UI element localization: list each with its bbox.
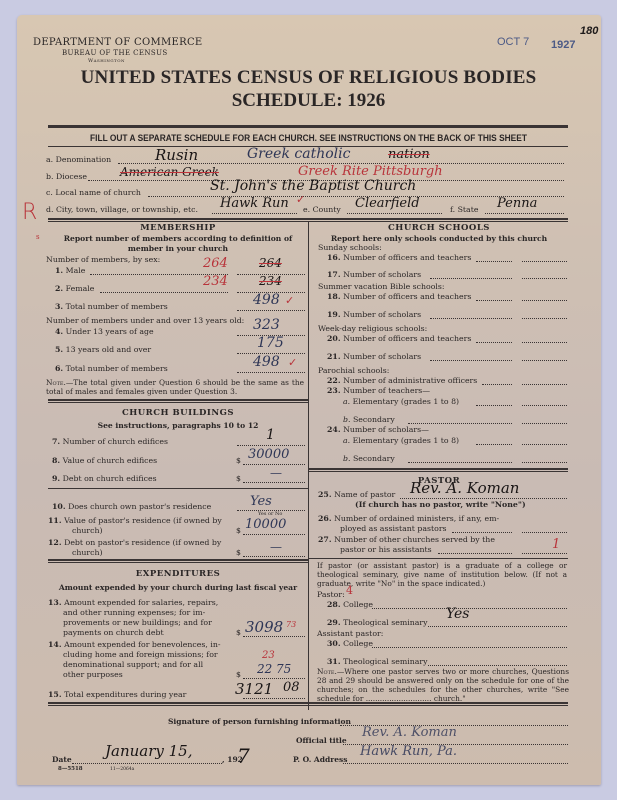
denomination-value-2: Greek catholic: [247, 146, 350, 162]
city-field[interactable]: [212, 213, 297, 214]
leader-dots: [452, 532, 512, 533]
q24a-field-b[interactable]: [522, 444, 567, 445]
total-expenditures-cents: 08: [283, 680, 300, 695]
received-stamp-year: 1927: [551, 39, 575, 51]
section-rule: [308, 558, 568, 559]
edifices-debt-field[interactable]: [243, 482, 305, 483]
by-age-label: Number of members under and over 13 year…: [46, 316, 244, 325]
q23a-field-a[interactable]: [476, 405, 512, 406]
building-row-11: 11. Value of pastor's residence (if owne…: [48, 516, 222, 525]
expenditures-heading: EXPENDITURES: [48, 569, 308, 579]
school-row-23: 23. Number of teachers—: [327, 386, 430, 395]
expenditure-row-15: 15. Total expenditures during year: [48, 690, 186, 699]
row-11-continuation: church): [72, 526, 103, 535]
q16-field-b[interactable]: [522, 261, 567, 262]
pastor-name-value: Rev. A. Koman: [410, 479, 519, 497]
official-title-value: Rev. A. Koman: [362, 725, 457, 740]
edifices-count-field[interactable]: [237, 445, 305, 446]
county-value: Clearfield: [355, 196, 420, 211]
margin-mark-small: s: [36, 233, 40, 241]
school-row-24a: a. Elementary (grades 1 to 8): [343, 436, 459, 445]
pastor-seminary-value: Yes: [446, 606, 470, 622]
city-value: Hawk Run: [220, 196, 289, 211]
header-rule: [48, 125, 568, 128]
q24b-field-a[interactable]: [408, 462, 512, 463]
row-27-continuation: pastor or his assistants: [340, 545, 432, 554]
q20-field-b[interactable]: [522, 342, 567, 343]
q24b-field-b[interactable]: [522, 462, 567, 463]
pastor-row-26: 26. Number of ordained ministers, if any…: [318, 514, 499, 523]
assistant-pastor-label: Assistant pastor:: [317, 629, 383, 638]
school-row-16: 16. Number of officers and teachers: [327, 253, 471, 262]
member-row-4: 4. Under 13 years of age: [55, 327, 154, 336]
po-address-field[interactable]: [343, 763, 568, 764]
checkmark-icon: ✓: [285, 294, 294, 307]
section-rule: [48, 399, 308, 403]
pastor-row-30: 30. College: [327, 639, 373, 648]
local-name-value: St. John's the Baptist Church: [210, 178, 416, 194]
diocese-struck-value: American Greek: [120, 165, 219, 179]
benevolences-value: 22: [257, 662, 272, 676]
total-expenditures-value: 3121: [235, 680, 273, 698]
school-row-19: 19. Number of scholars: [327, 310, 421, 319]
po-address-value: Hawk Run, Pa.: [360, 744, 457, 759]
section-rule: [48, 559, 308, 563]
print-code: 11—2064a: [110, 767, 134, 772]
edifices-debt-value: —: [270, 466, 282, 480]
q24a-field-a[interactable]: [476, 444, 512, 445]
school-row-21: 21. Number of scholars: [327, 352, 421, 361]
female-count-struck: 234: [259, 274, 282, 288]
po-address-label: P. O. Address: [293, 755, 347, 764]
margin-mark: R: [22, 200, 37, 225]
row-12-continuation: church): [72, 548, 103, 557]
diocese-label: b. Diocese: [46, 172, 87, 181]
dollar-sign: $: [236, 670, 241, 679]
graduate-note: If pastor (or assistant pastor) is a gra…: [317, 561, 567, 588]
running-expenses-cents: 73: [286, 620, 296, 629]
q23a-field-b[interactable]: [522, 405, 567, 406]
city-label: d. City, town, village, or township, etc…: [46, 205, 198, 214]
official-title-label: Official title: [296, 736, 347, 745]
residence-value-field[interactable]: [243, 534, 305, 535]
file-number: 180: [580, 25, 598, 37]
building-row-8: 8. Value of church edifices: [52, 456, 157, 465]
building-row-12: 12. Debt on pastor's residence (if owned…: [48, 538, 221, 547]
location-label: Washington: [88, 58, 125, 64]
denomination-struck-value: nation: [388, 147, 430, 162]
assistant-pastors-field[interactable]: [522, 532, 567, 533]
q19-field-b[interactable]: [522, 318, 567, 319]
sunday-schools-label: Sunday schools:: [318, 243, 382, 252]
date-value: January 15,: [105, 742, 193, 760]
q22-field-a[interactable]: [482, 384, 512, 385]
pastor-row-27: 27. Number of other churches served by t…: [318, 535, 495, 544]
pastor-college-field[interactable]: [372, 608, 567, 609]
form-number: 8—5518: [58, 766, 83, 772]
church-buildings-heading: CHURCH BUILDINGS: [48, 408, 308, 418]
weekday-schools-label: Week-day religious schools:: [318, 324, 427, 333]
diocese-value: Greek Rite Pittsburgh: [298, 164, 443, 179]
total-members-age-value: 498: [253, 354, 280, 370]
leader-dots: [100, 292, 228, 293]
county-label: e. County: [303, 205, 341, 214]
edifices-count-value: 1: [266, 427, 275, 443]
benevolences-cents: 75: [276, 662, 291, 676]
q21-field-b[interactable]: [522, 360, 567, 361]
q18-field-b[interactable]: [522, 300, 567, 301]
q17-field-a[interactable]: [430, 278, 512, 279]
running-expenses-value: 3098: [245, 618, 283, 636]
by-sex-label: Number of members, by sex:: [46, 255, 160, 264]
q21-field-a[interactable]: [430, 360, 512, 361]
q23b-field-b[interactable]: [522, 423, 567, 424]
parochial-schools-label: Parochial schools:: [318, 366, 389, 375]
received-stamp-date: OCT 7: [497, 36, 529, 48]
residence-debt-field[interactable]: [243, 556, 305, 557]
form-title: UNITED STATES CENSUS OF RELIGIOUS BODIES: [0, 67, 617, 89]
expenditures-subheading: Amount expended by your church during la…: [48, 583, 308, 593]
membership-heading: MEMBERSHIP: [48, 223, 308, 233]
state-label: f. State: [450, 205, 478, 214]
residence-debt-value: —: [270, 540, 282, 554]
school-row-18: 18. Number of officers and teachers: [327, 292, 471, 301]
member-row-3: 3. Total number of members: [55, 302, 168, 311]
member-row-2: 2. Female: [55, 284, 94, 293]
member-row-6: 6. Total number of members: [55, 364, 168, 373]
school-row-17: 17. Number of scholars: [327, 270, 421, 279]
summer-schools-label: Summer vacation Bible schools:: [318, 282, 445, 291]
expenditure-row-14: 14. Amount expended for benevolences, in…: [48, 640, 221, 680]
school-row-23a: a. Elementary (grades 1 to 8): [343, 397, 459, 406]
other-churches-field[interactable]: [522, 553, 567, 554]
date-field[interactable]: [72, 763, 222, 764]
school-row-20: 20. Number of officers and teachers: [327, 334, 471, 343]
state-value: Penna: [497, 196, 537, 211]
leader-dots: [438, 553, 512, 554]
signature-label: Signature of person furnishing informati…: [168, 717, 351, 726]
dollar-sign: $: [236, 628, 241, 637]
q23b-field-a[interactable]: [408, 423, 512, 424]
expenditure-row-13: 13. Amount expended for salaries, repair…: [48, 598, 218, 638]
under-13-value: 323: [253, 317, 280, 333]
assistant-college-field[interactable]: [372, 647, 567, 648]
benevolences-correction: 23: [262, 650, 275, 661]
over-13-value: 175: [257, 335, 284, 351]
dollar-sign: $: [236, 474, 241, 483]
denomination-label: a. Denomination: [46, 155, 111, 164]
county-field[interactable]: [347, 213, 442, 214]
membership-subheading: Report number of members according to de…: [48, 234, 308, 254]
building-row-9: 9. Debt on church edifices: [52, 474, 157, 483]
denomination-value: Rusin: [155, 146, 198, 164]
date-year-suffix: 7: [237, 744, 250, 768]
pastor-row-29: 29. Theological seminary: [327, 618, 428, 627]
edifices-value-field[interactable]: [243, 464, 305, 465]
pastor-label: Pastor:: [317, 590, 345, 599]
total-members-field[interactable]: [237, 310, 305, 311]
state-field[interactable]: [485, 213, 564, 214]
dollar-sign: $: [236, 548, 241, 557]
school-row-23b: b. Secondary: [343, 415, 395, 424]
pastor-row-31: 31. Theological seminary: [327, 657, 428, 666]
total-members-age-field[interactable]: [237, 372, 305, 373]
member-row-1: 1. Male: [55, 266, 85, 275]
q19-field-a[interactable]: [430, 318, 512, 319]
checkmark-icon: ✓: [288, 356, 297, 369]
male-count-struck: 264: [259, 256, 282, 270]
q16-field-a[interactable]: [476, 261, 512, 262]
total-expenditures-field[interactable]: [243, 698, 305, 699]
school-row-24: 24. Number of scholars—: [327, 425, 429, 434]
benevolences-field[interactable]: [243, 678, 305, 679]
residence-value: 10000: [245, 517, 286, 532]
row-26-continuation: ployed as assistant pastors: [340, 524, 447, 533]
female-count-value: 234: [203, 274, 228, 289]
dollar-sign: $: [236, 456, 241, 465]
section-rule: [48, 702, 568, 706]
form-instruction: FILL OUT A SEPARATE SCHEDULE FOR EACH CH…: [37, 133, 580, 144]
pastor-row-28: 28. College: [327, 600, 373, 609]
date-label: Date: [52, 755, 72, 764]
other-churches-value: 1: [552, 537, 560, 552]
section-rule: [48, 488, 308, 489]
member-row-5: 5. 13 years old and over: [55, 345, 151, 354]
section-rule: [308, 468, 568, 472]
pastor-name-field[interactable]: [400, 498, 567, 499]
building-row-10: 10. Does church own pastor's residence: [52, 502, 211, 511]
bureau-label: BUREAU OF THE CENSUS: [62, 49, 168, 57]
pastor-row-25: 25. Name of pastor: [318, 490, 395, 499]
pastor-name-hint: (If church has no pastor, write "None"): [355, 500, 526, 509]
running-expenses-field[interactable]: [243, 636, 305, 637]
column-divider: [308, 222, 309, 710]
pastor-note: Note.—Where one pastor serves two or mor…: [317, 667, 569, 703]
edifices-value: 30000: [248, 447, 289, 462]
pastor-mark: 4: [346, 584, 353, 597]
assistant-seminary-field[interactable]: [428, 665, 567, 666]
school-row-24b: b. Secondary: [343, 454, 395, 463]
q18-field-a[interactable]: [476, 300, 512, 301]
owns-residence-value: Yes: [250, 494, 272, 509]
q17-field-b[interactable]: [522, 278, 567, 279]
form-subtitle: SCHEDULE: 1926: [0, 90, 617, 112]
church-schools-heading: CHURCH SCHOOLS: [310, 223, 568, 233]
male-count-value: 264: [203, 256, 228, 271]
local-name-label: c. Local name of church: [46, 188, 141, 197]
q20-field-a[interactable]: [476, 342, 512, 343]
school-row-22: 22. Number of administrative officers: [327, 376, 477, 385]
department-label: DEPARTMENT OF COMMERCE: [33, 37, 203, 48]
membership-note: Note.—The total given under Question 6 s…: [46, 378, 304, 396]
pastor-seminary-field[interactable]: [428, 626, 567, 627]
building-row-7: 7. Number of church edifices: [52, 437, 168, 446]
q22-field-b[interactable]: [522, 384, 567, 385]
dollar-sign: $: [236, 526, 241, 535]
total-members-value: 498: [253, 292, 280, 308]
